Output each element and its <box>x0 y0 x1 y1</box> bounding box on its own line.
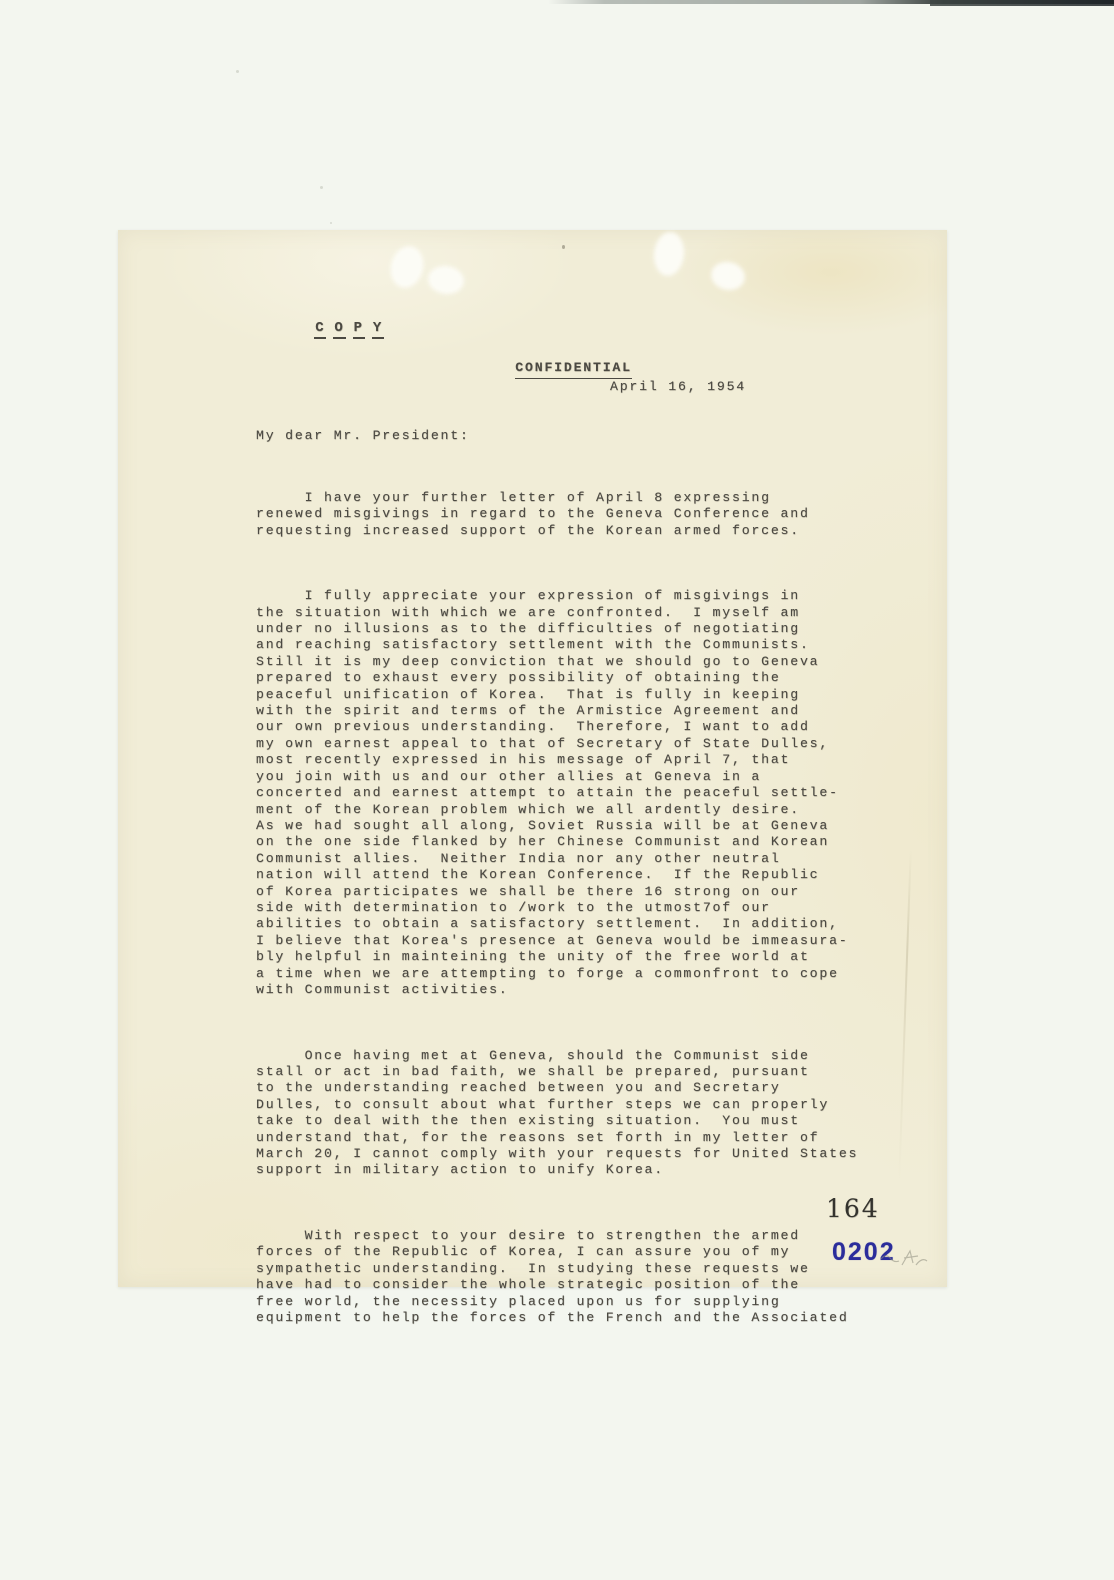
copy-letter: P <box>353 320 365 338</box>
date-line: April 16, 1954 <box>610 379 746 395</box>
scanner-edge-artifact-dark <box>930 0 1114 6</box>
paragraph: I have your further letter of April 8 ex… <box>256 490 858 539</box>
copy-letter: C <box>314 320 326 338</box>
punch-hole-mark <box>426 264 466 297</box>
pencil-mark <box>880 1245 930 1271</box>
background-speck <box>330 222 332 224</box>
letter-page: COPY CONFIDENTIAL April 16, 1954 My dear… <box>118 230 947 1287</box>
classification-heading: CONFIDENTIAL <box>457 344 632 395</box>
ink-speck <box>562 245 565 249</box>
copy-letter: O <box>333 320 345 338</box>
copy-label: COPY <box>253 304 391 355</box>
paper-crease <box>898 850 912 1180</box>
letter-body: I have your further letter of April 8 ex… <box>256 457 858 1376</box>
background-speck <box>320 186 323 189</box>
paragraph: With respect to your desire to strengthe… <box>256 1228 858 1326</box>
background-speck <box>236 70 239 73</box>
salutation: My dear Mr. President: <box>256 428 470 444</box>
paragraph: I fully appreciate your expression of mi… <box>256 588 858 998</box>
classification-text: CONFIDENTIAL <box>515 360 632 378</box>
punch-hole-mark <box>708 259 747 293</box>
punch-hole-mark <box>386 243 427 291</box>
punch-hole-mark <box>652 231 686 278</box>
page-number-stamp: 164 <box>826 1194 880 1223</box>
paragraph: Once having met at Geneva, should the Co… <box>256 1048 858 1179</box>
copy-letter: Y <box>372 320 384 338</box>
